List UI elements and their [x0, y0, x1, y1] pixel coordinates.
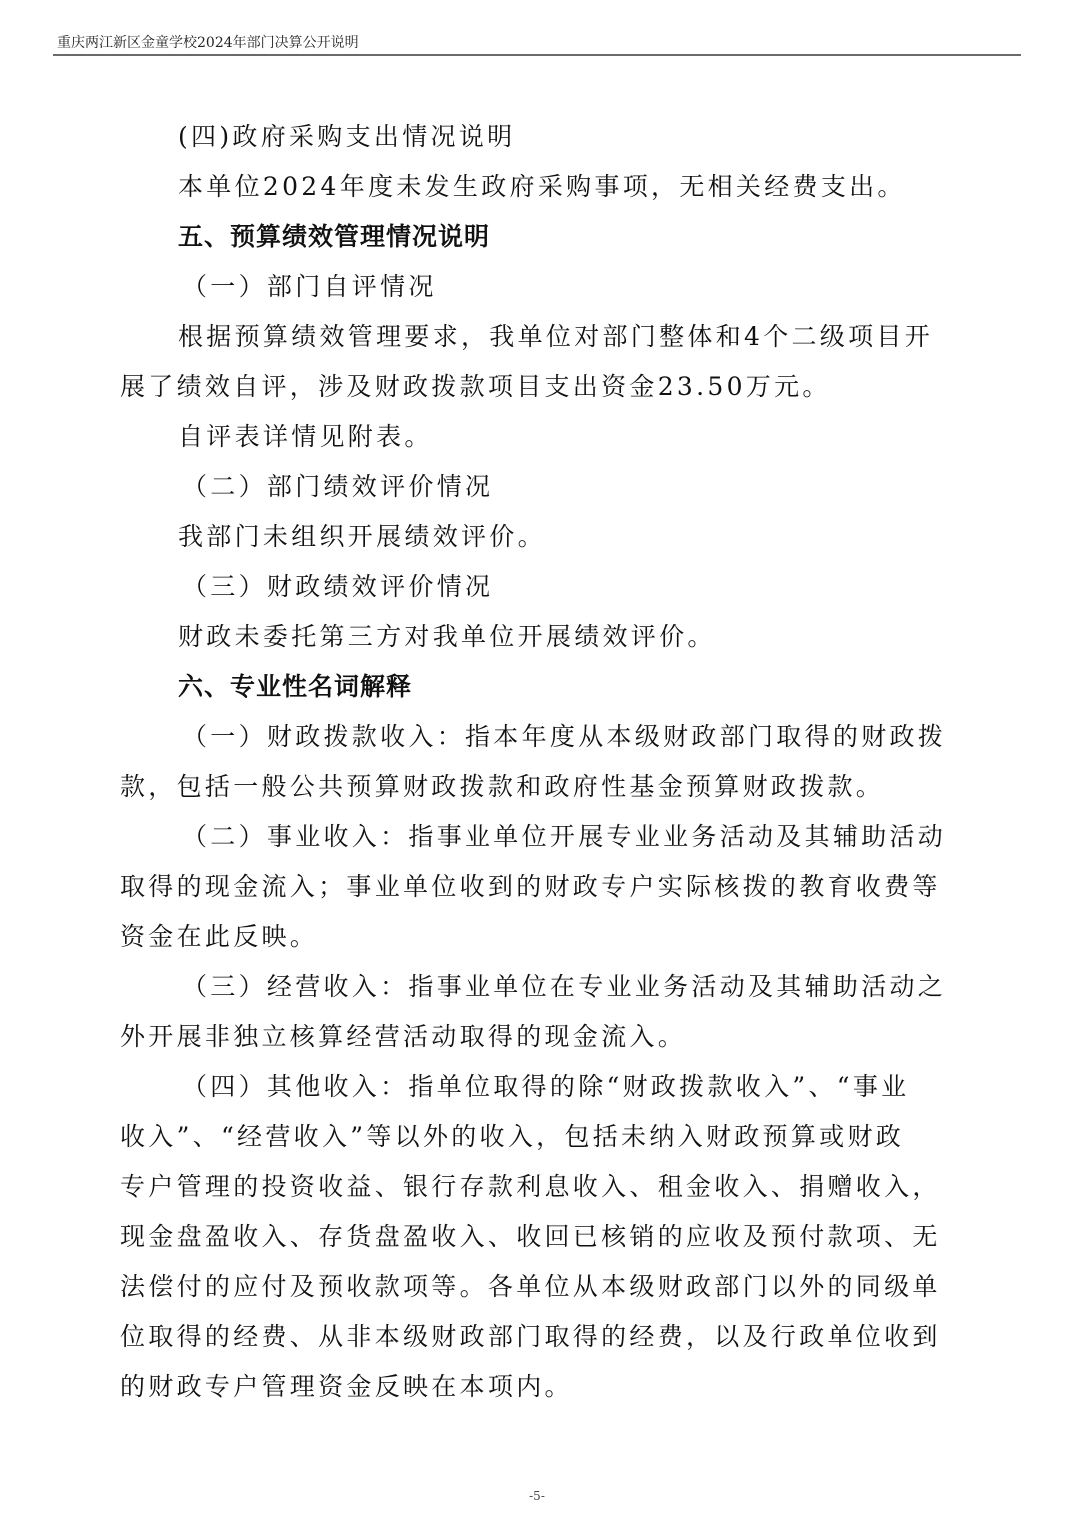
header-title: 重庆两江新区金童学校2024年部门决算公开说明 — [57, 32, 359, 52]
glossary-item-4-line-4: 现金盘盈收入、存货盘盈收入、收回已核销的应收及预付款项、无 — [120, 1212, 960, 1262]
glossary-item-3-line-1: （三）经营收入：指事业单位在专业业务活动及其辅助活动之 — [120, 962, 960, 1012]
document-body: (四)政府采购支出情况说明 本单位2024年度未发生政府采购事项，无相关经费支出… — [120, 112, 960, 1412]
glossary-item-4-line-2: 收入”、“经营收入”等以外的收入，包括未纳入财政预算或财政 — [120, 1112, 960, 1162]
paragraph-self-eval-line-2: 展了绩效自评，涉及财政拨款项目支出资金23.50万元。 — [120, 362, 960, 412]
section-heading-procurement: (四)政府采购支出情况说明 — [120, 112, 960, 162]
glossary-item-4-line-1: （四）其他收入：指单位取得的除“财政拨款收入”、“事业 — [120, 1062, 960, 1112]
glossary-item-4-line-3: 专户管理的投资收益、银行存款利息收入、租金收入、捐赠收入， — [120, 1162, 960, 1212]
glossary-item-1-line-2: 款，包括一般公共预算财政拨款和政府性基金预算财政拨款。 — [120, 762, 960, 812]
glossary-item-2-line-1: （二）事业收入：指事业单位开展专业业务活动及其辅助活动 — [120, 812, 960, 862]
glossary-item-3-line-2: 外开展非独立核算经营活动取得的现金流入。 — [120, 1012, 960, 1062]
glossary-item-2-line-3: 资金在此反映。 — [120, 912, 960, 962]
paragraph-self-eval-note: 自评表详情见附表。 — [120, 412, 960, 462]
page-number: -5- — [0, 1489, 1074, 1503]
subheading-finance-eval: （三）财政绩效评价情况 — [120, 562, 960, 612]
glossary-item-2-line-2: 取得的现金流入；事业单位收到的财政专户实际核拨的教育收费等 — [120, 862, 960, 912]
section-heading-performance: 五、预算绩效管理情况说明 — [120, 212, 960, 262]
subheading-self-eval: （一）部门自评情况 — [120, 262, 960, 312]
paragraph-dept-eval: 我部门未组织开展绩效评价。 — [120, 512, 960, 562]
paragraph-self-eval-line-1: 根据预算绩效管理要求，我单位对部门整体和4个二级项目开 — [120, 312, 960, 362]
paragraph-finance-eval: 财政未委托第三方对我单位开展绩效评价。 — [120, 612, 960, 662]
section-heading-glossary: 六、专业性名词解释 — [120, 662, 960, 712]
glossary-item-4-line-6: 位取得的经费、从非本级财政部门取得的经费，以及行政单位收到 — [120, 1312, 960, 1362]
paragraph-procurement: 本单位2024年度未发生政府采购事项，无相关经费支出。 — [120, 162, 960, 212]
glossary-item-1-line-1: （一）财政拨款收入：指本年度从本级财政部门取得的财政拨 — [120, 712, 960, 762]
glossary-item-4-line-5: 法偿付的应付及预收款项等。各单位从本级财政部门以外的同级单 — [120, 1262, 960, 1312]
glossary-item-4-line-7: 的财政专户管理资金反映在本项内。 — [120, 1362, 960, 1412]
subheading-dept-eval: （二）部门绩效评价情况 — [120, 462, 960, 512]
page-header: 重庆两江新区金童学校2024年部门决算公开说明 — [53, 28, 1021, 56]
